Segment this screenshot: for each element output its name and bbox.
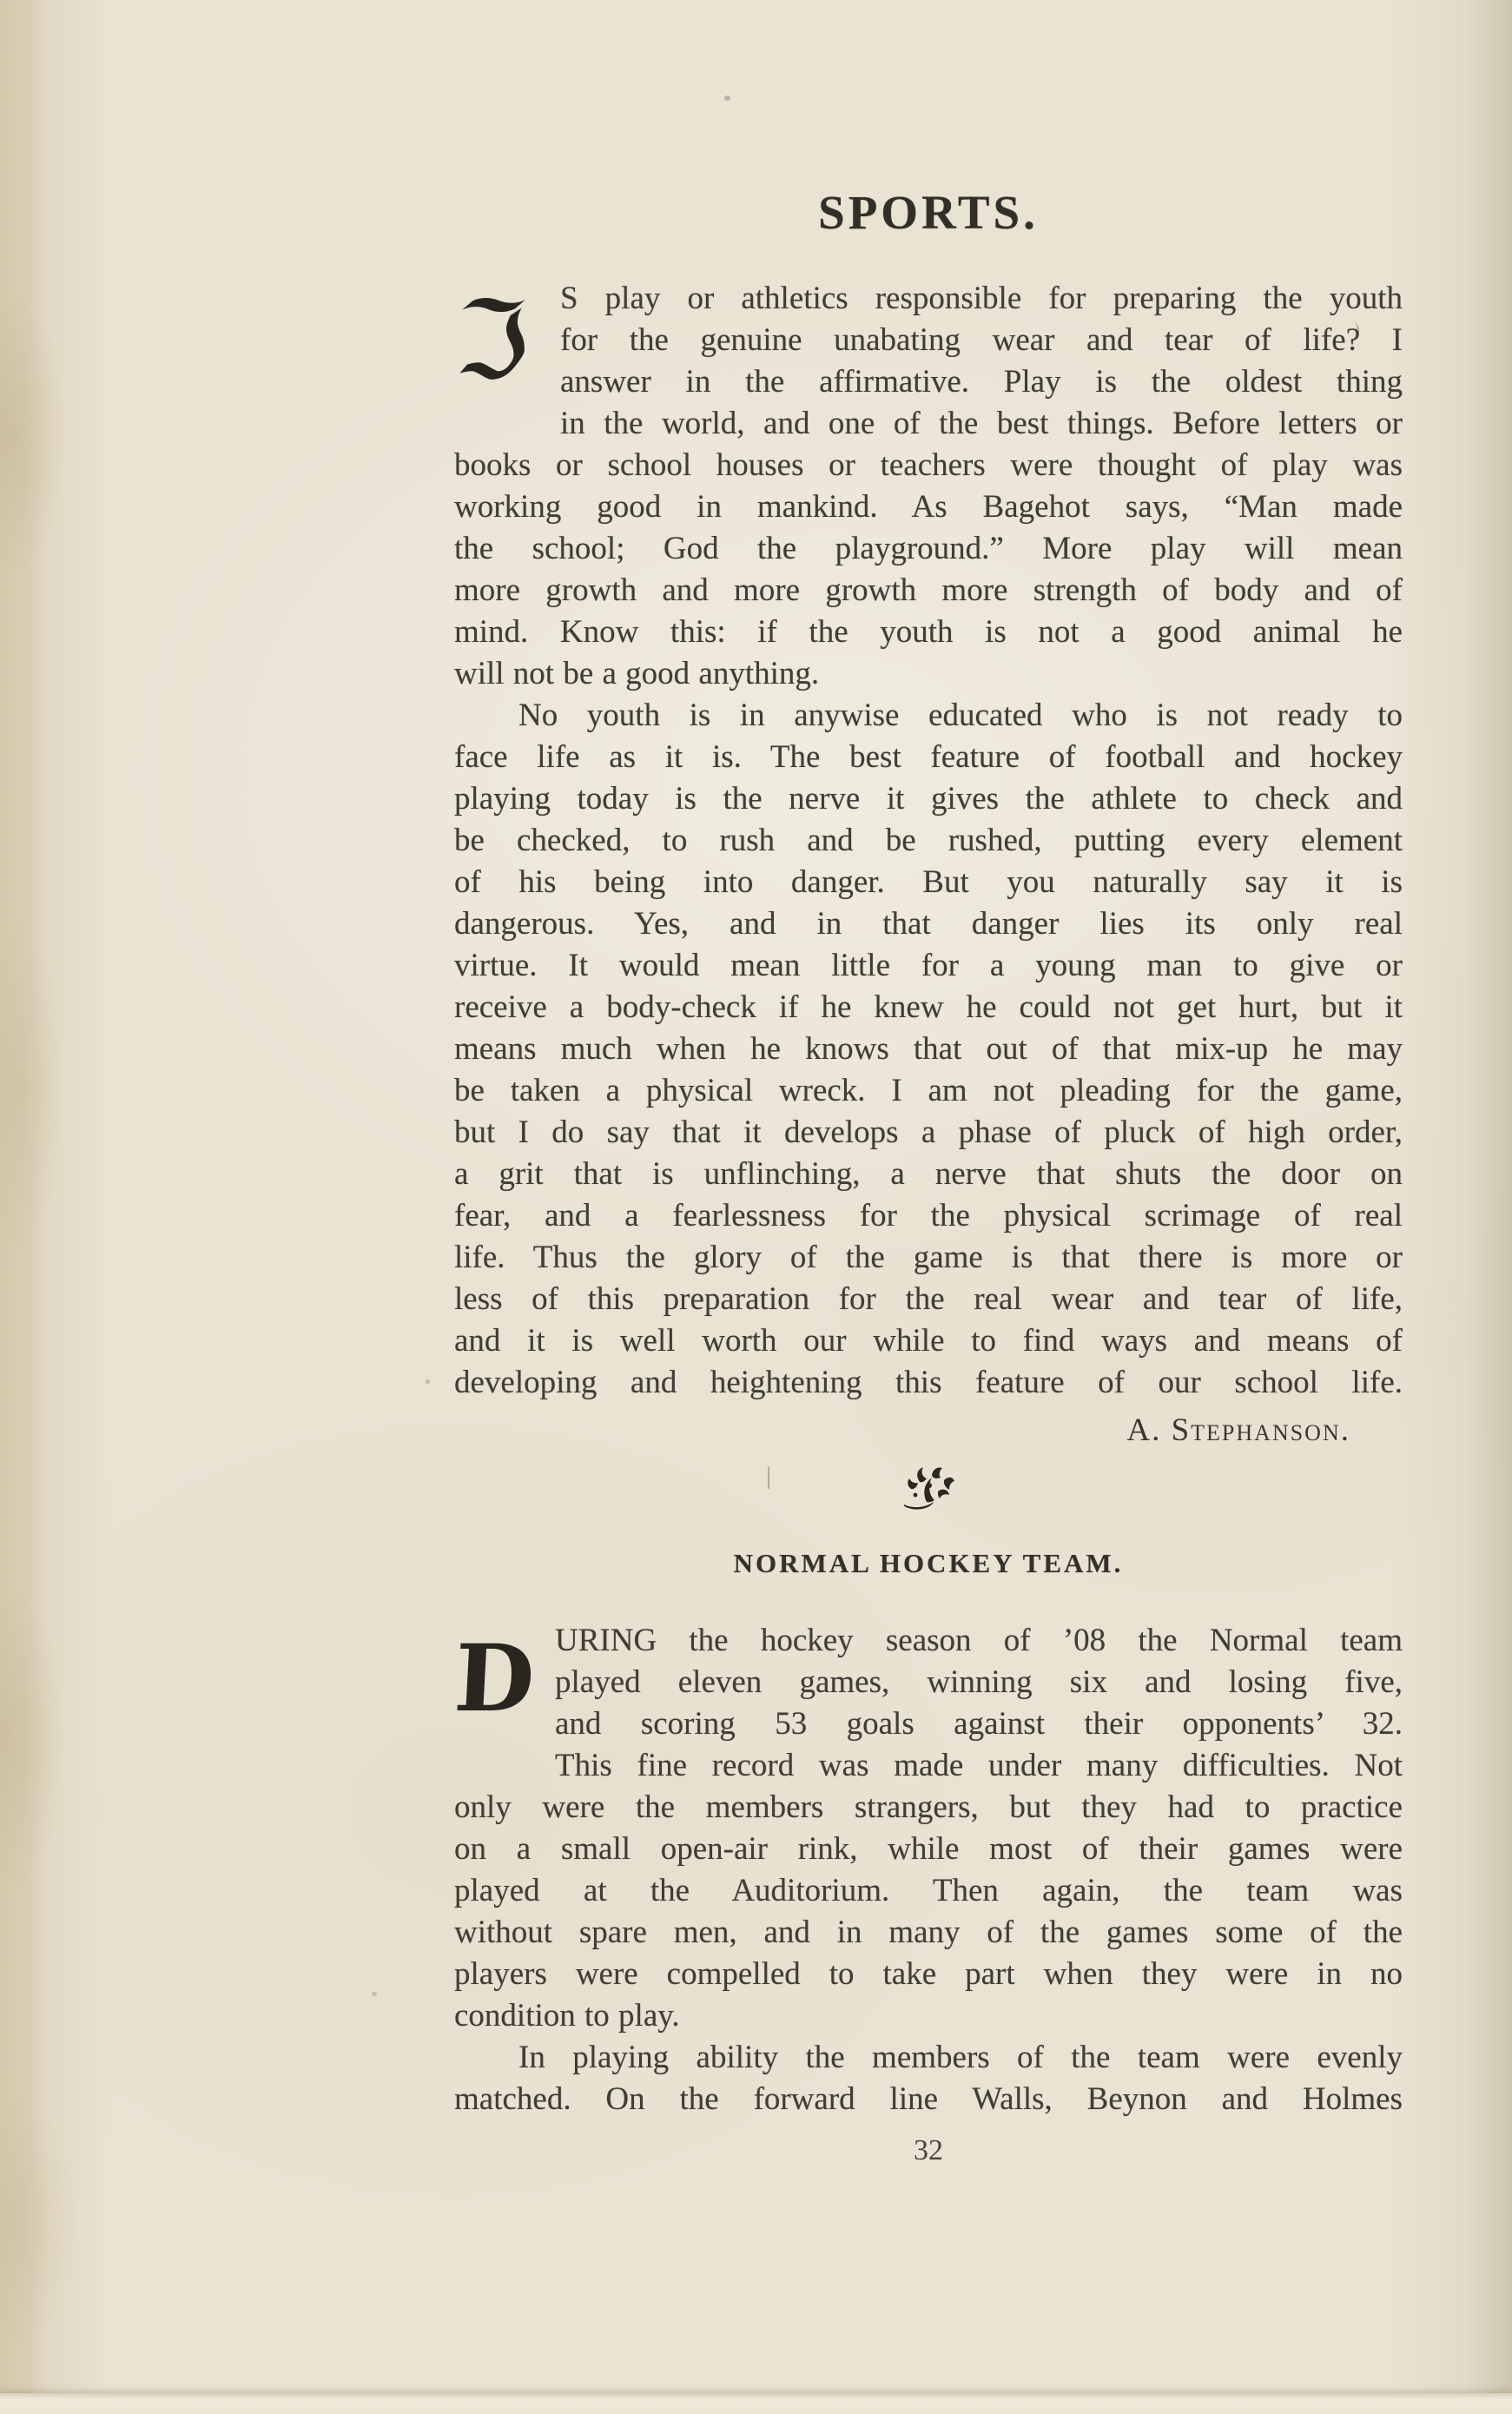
text-line: the school; God the playground.” More pl… xyxy=(454,528,1403,570)
text-line: of his being into danger. But you natura… xyxy=(454,862,1403,903)
text-line: and it is well worth our while to find w… xyxy=(454,1320,1403,1362)
sports-intro-paragraph: ℑ S play or athletics responsible for pr… xyxy=(454,278,1403,695)
fleuron-icon xyxy=(901,1466,956,1510)
text-line: fear, and a fearlessness for the physica… xyxy=(454,1195,1403,1237)
text-line: but I do say that it develops a phase of… xyxy=(454,1112,1403,1154)
text-column: SPORTS. ℑ S play or athletics responsibl… xyxy=(454,0,1403,2169)
paragraph-lines: URING the hockey season of ’08 the Norma… xyxy=(454,1620,1403,2037)
page-title: SPORTS. xyxy=(454,187,1403,239)
paragraph-lines: No youth is in anywise educated who is n… xyxy=(454,695,1403,1404)
text-line: players were compelled to take part when… xyxy=(454,1954,1403,1995)
text-line: books or school houses or teachers were … xyxy=(454,445,1403,486)
page-bottom-edge xyxy=(0,2393,1512,2414)
text-line: dangerous. Yes, and in that danger lies … xyxy=(454,903,1403,945)
hockey-intro-paragraph: D URING the hockey season of ’08 the Nor… xyxy=(454,1620,1403,2037)
paragraph-lines: S play or athletics responsible for prep… xyxy=(454,278,1403,695)
ink-speck xyxy=(724,96,730,101)
text-line: will not be a good anything. xyxy=(454,653,1403,695)
ink-speck xyxy=(372,1992,377,1996)
text-line: without spare men, and in many of the ga… xyxy=(454,1912,1403,1954)
hockey-section-title: NORMAL HOCKEY TEAM. xyxy=(454,1546,1403,1581)
text-line: played at the Auditorium. Then again, th… xyxy=(454,1870,1403,1912)
text-line: mind. Know this: if the youth is not a g… xyxy=(454,612,1403,653)
paragraph-lines: In playing ability the members of the te… xyxy=(454,2037,1403,2120)
text-line: S play or athletics responsible for prep… xyxy=(560,278,1403,320)
text-line: be taken a physical wreck. I am not plea… xyxy=(454,1070,1403,1112)
ink-speck xyxy=(426,1379,430,1384)
author-signature: A. Stephanson. xyxy=(454,1411,1403,1451)
page-right-edge xyxy=(1390,0,1512,2414)
text-line: condition to play. xyxy=(454,1995,1403,2037)
text-line: and scoring 53 goals against their oppon… xyxy=(555,1703,1403,1745)
text-line: only were the members strangers, but the… xyxy=(454,1787,1403,1829)
text-line: virtue. It would mean little for a young… xyxy=(454,945,1403,987)
text-line: more growth and more growth more strengt… xyxy=(454,570,1403,612)
dropcap-letter-d: D xyxy=(451,1622,545,1749)
dropcap-letter-i: ℑ xyxy=(454,281,545,408)
text-line: answer in the affirmative. Play is the o… xyxy=(560,361,1403,403)
ink-tick-mark xyxy=(768,1466,769,1489)
text-line: life. Thus the glory of the game is that… xyxy=(454,1237,1403,1279)
text-line: played eleven games, winning six and los… xyxy=(555,1662,1403,1703)
text-line: working good in mankind. As Bagehot says… xyxy=(454,486,1403,528)
text-line: receive a body-check if he knew he could… xyxy=(454,987,1403,1028)
text-line: This fine record was made under many dif… xyxy=(555,1745,1403,1787)
text-line: a grit that is unflinching, a nerve that… xyxy=(454,1154,1403,1195)
text-line: playing today is the nerve it gives the … xyxy=(454,778,1403,820)
text-line: less of this preparation for the real we… xyxy=(454,1279,1403,1320)
text-line: developing and heightening this feature … xyxy=(454,1362,1403,1404)
text-line: be checked, to rush and be rushed, putti… xyxy=(454,820,1403,862)
text-line: URING the hockey season of ’08 the Norma… xyxy=(555,1620,1403,1662)
hockey-paragraph-2: In playing ability the members of the te… xyxy=(454,2037,1403,2120)
text-line: for the genuine unabating wear and tear … xyxy=(560,320,1403,361)
text-line: in the world, and one of the best things… xyxy=(560,403,1403,445)
sports-paragraph-2: No youth is in anywise educated who is n… xyxy=(454,695,1403,1404)
text-line: matched. On the forward line Walls, Beyn… xyxy=(454,2079,1403,2120)
book-page: SPORTS. ℑ S play or athletics responsibl… xyxy=(0,0,1512,2414)
text-line: means much when he knows that out of tha… xyxy=(454,1028,1403,1070)
page-number: 32 xyxy=(454,2133,1403,2169)
text-line: In playing ability the members of the te… xyxy=(454,2037,1403,2079)
page-binding-edge xyxy=(0,0,130,2414)
text-line: No youth is in anywise educated who is n… xyxy=(454,695,1403,737)
text-line: face life as it is. The best feature of … xyxy=(454,737,1403,778)
text-line: on a small open-air rink, while most of … xyxy=(454,1829,1403,1870)
